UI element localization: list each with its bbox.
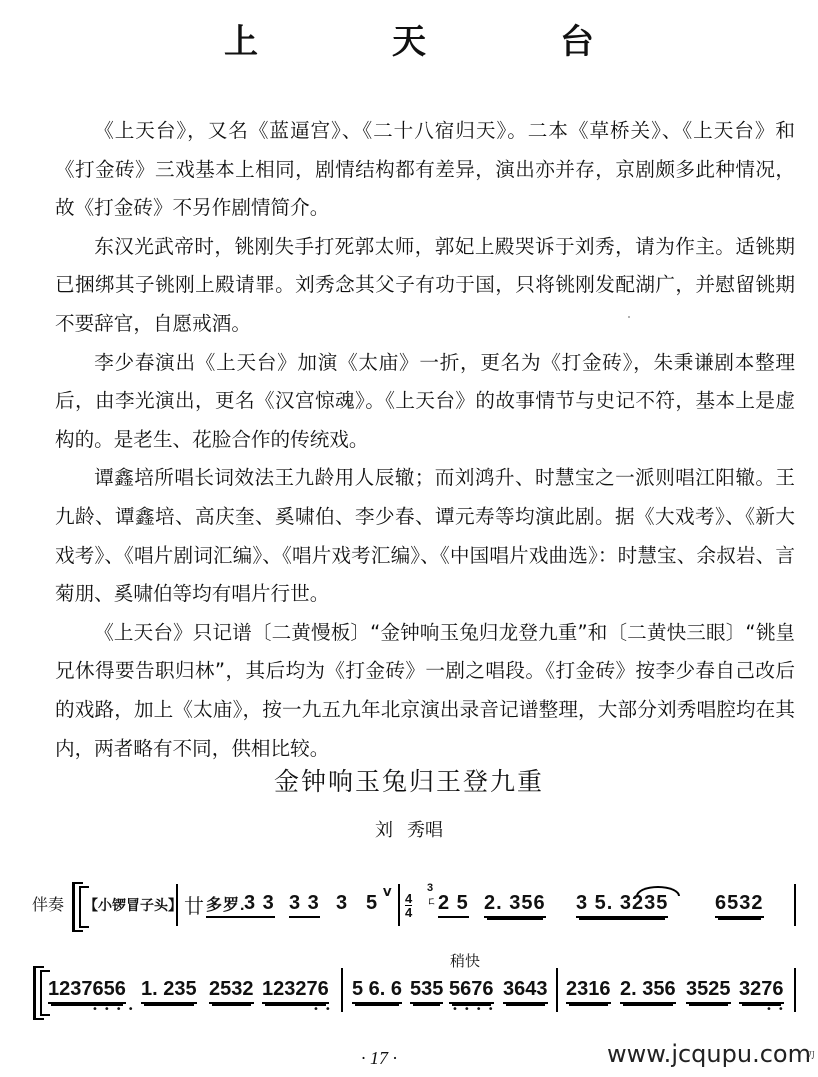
singer-credit: 刘秀唱 <box>0 816 818 842</box>
note-group: 6532 <box>715 892 764 918</box>
grace-mark: ㄈ <box>427 894 436 907</box>
note-group: 3643 <box>503 978 548 1004</box>
scan-speck <box>628 316 630 318</box>
paragraph-4: 谭鑫培所唱长词效法王九龄用人辰辙；而刘鸿升、时慧宝之一派则唱江阳辙。王九龄、谭鑫… <box>55 459 795 613</box>
note-group: 5676 <box>449 978 494 1004</box>
note-group: 535 <box>410 978 443 1004</box>
song-title: 金钟响玉兔归王登九重 <box>0 762 818 798</box>
octave-dots: •• <box>766 1004 790 1015</box>
intro-text: 《上天台》，又名《蓝逼宫》、《二十八宿归天》。二本《草桥关》、《上天台》和《打金… <box>55 112 795 768</box>
note-group: 123276 <box>262 978 329 1004</box>
note-group: 2. 356 <box>620 978 676 1004</box>
bar-line <box>341 968 343 1012</box>
note-group: 2532 <box>209 978 254 1004</box>
note: 3 <box>336 892 348 915</box>
singer-given: 秀唱 <box>407 820 443 841</box>
time-signature: 4 4 <box>405 892 412 919</box>
paragraph-2: 东汉光武帝时，铫刚失手打死郭太师，郭妃上殿哭诉于刘秀，请为作主。适铫期已捆绑其子… <box>55 228 795 344</box>
accompaniment-label: 伴奏 <box>32 892 64 915</box>
note-group: 1. 235 <box>141 978 197 1004</box>
note-group: 3525 <box>686 978 731 1004</box>
paragraph-3: 李少春演出《上天台》加演《太庙》一折，更名为《打金砖》，朱秉谦剧本整理后，由李光… <box>55 344 795 460</box>
watermark-mark: 刃 <box>806 1048 815 1061</box>
singer-surname: 刘 <box>375 820 393 841</box>
note-group: 3276 <box>739 978 784 1004</box>
gong-syllables: 多罗. <box>206 892 245 918</box>
percussion-cue: 【小锣冒子头】 <box>84 895 182 915</box>
site-watermark: www.jcqupu.com <box>607 1040 811 1068</box>
note-group: 5 6. 6 <box>352 978 402 1004</box>
note-group: 2. 356 <box>484 892 546 918</box>
bar-line <box>176 884 178 926</box>
note-group: 2 5 <box>438 892 469 918</box>
paragraph-1: 《上天台》，又名《蓝逼宫》、《二十八宿归天》。二本《草桥关》、《上天台》和《打金… <box>55 112 795 228</box>
score-row-1: 伴奏 【小锣冒子头】 廿 多罗. 3 3 3 3 3 5 V 4 4 3 ㄈ 2… <box>0 880 818 930</box>
tempo-mark: 稍快 <box>450 950 480 971</box>
note-group: 2316 <box>566 978 611 1004</box>
bar-line <box>556 968 558 1012</box>
bar-line <box>794 884 796 926</box>
note-group: 1237656 <box>48 978 126 1004</box>
page-title: 上 天 台 <box>0 14 818 63</box>
note-group: 3 3 <box>289 892 320 918</box>
note-group: 3 3 <box>244 892 275 918</box>
bar-line <box>398 884 400 926</box>
paragraph-5: 《上天台》只记谱〔二黄慢板〕“金钟响玉兔归龙登九重”和〔二黄快三眼〕“铫皇兄休得… <box>55 614 795 768</box>
breath-mark: V <box>383 886 392 899</box>
note-group: 3 5. 3235 <box>576 892 668 918</box>
free-meter-sign: 廿 <box>184 890 205 919</box>
octave-dots: •••• <box>452 1004 500 1015</box>
octave-dots: •• <box>313 1004 337 1015</box>
note: 5 <box>366 892 378 915</box>
grace-note: 3 <box>427 882 433 894</box>
bar-line <box>794 968 796 1012</box>
octave-dots: •••• <box>92 1004 140 1015</box>
score-row-2: 稍快 1237656 1. 235 2532 123276 •••• •• 5 … <box>0 960 818 1020</box>
